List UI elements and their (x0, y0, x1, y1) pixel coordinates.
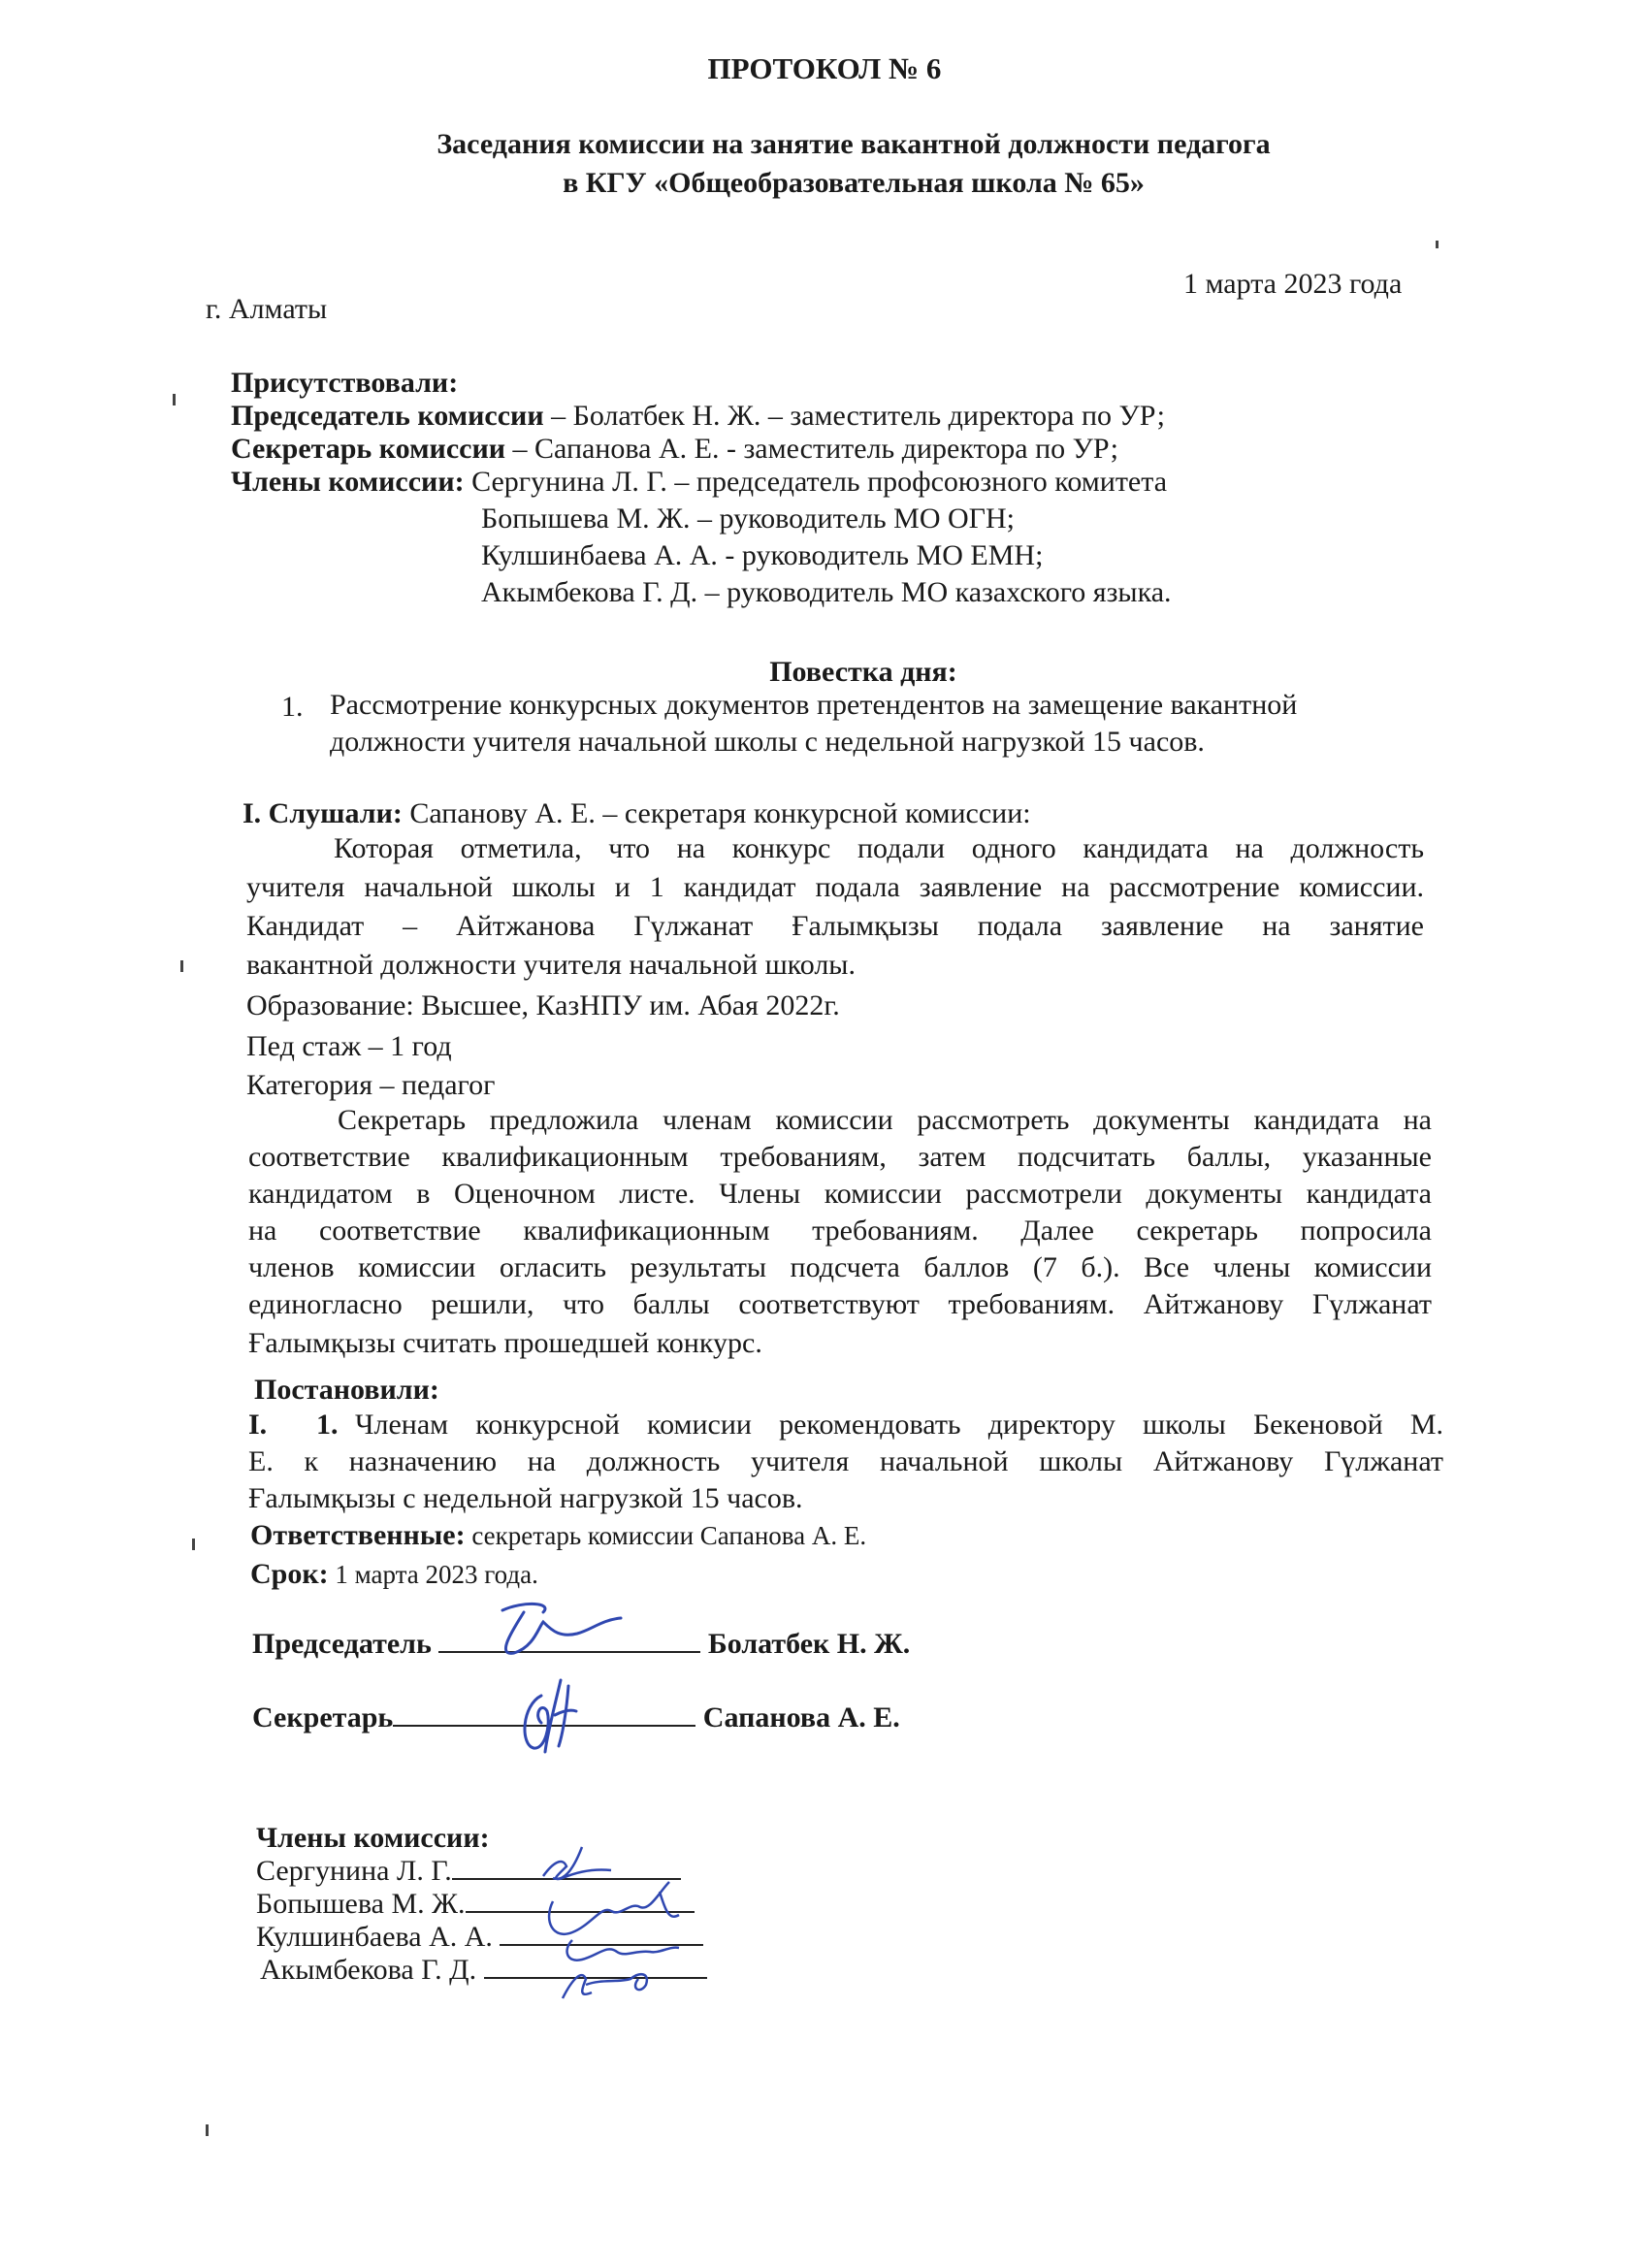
secretary-label: Секретарь комиссии (231, 433, 505, 465)
heard-line: Кандидат – Айтжанова Гүлжанат Ғалымқызы … (246, 908, 1424, 945)
chair-label: Председатель комиссии (231, 400, 544, 432)
heard-text: Сапанову А. Е. – секретаря конкурсной ко… (403, 797, 1031, 829)
secretary-text: – Сапанова А. Е. - заместитель директора… (505, 433, 1118, 465)
member-item: Сергунина Л. Г. – председатель профсоюзн… (471, 466, 1167, 498)
secretary-sign-label: Секретарь (252, 1701, 393, 1733)
agenda-item-line2: должности учителя начальной школы с неде… (330, 724, 1205, 761)
protocol-subtitle-line1: Заседания комиссии на занятие вакантной … (0, 126, 1649, 163)
deadline-text: 1 марта 2023 года. (329, 1560, 538, 1589)
secretary-signature-scribble (512, 1676, 599, 1754)
responsible-label: Ответственные: (250, 1519, 466, 1551)
discussion-line: членов комиссии огласить результаты подс… (248, 1249, 1432, 1286)
attendance-chair: Председатель комиссии – Болатбек Н. Ж. –… (231, 398, 1165, 435)
deadline-row: Срок: 1 марта 2023 года. (250, 1556, 538, 1593)
member-sign-name: Бопышева М. Ж. (256, 1888, 466, 1920)
discussion-line: единогласно решили, что баллы соответств… (248, 1286, 1432, 1323)
member-sign-name: Кулшинбаева А. А. (256, 1921, 493, 1953)
members-signatures-scribble (524, 1843, 737, 2008)
candidate-category: Категория – педагог (246, 1067, 495, 1104)
protocol-city: г. Алматы (206, 291, 327, 328)
resolved-heading: Постановили: (254, 1372, 439, 1409)
attendance-members-row: Члены комиссии: Сергунина Л. Г. – предсе… (231, 464, 1167, 501)
agenda-item-line1: Рассмотрение конкурсных документов прете… (330, 687, 1297, 724)
protocol-subtitle-line2: в КГУ «Общеобразовательная школа № 65» (0, 165, 1649, 202)
resolved-line: Ғалымқызы с недельной нагрузкой 15 часов… (248, 1480, 803, 1517)
discussion-line: соответствие квалификационным требования… (248, 1139, 1432, 1176)
protocol-date: 1 марта 2023 года (1183, 266, 1402, 303)
responsible-text: секретарь комиссии Сапанова А. Е. (466, 1521, 867, 1550)
resolved-item-number: 1. (316, 1407, 339, 1443)
attendance-heading: Присутствовали: (231, 365, 458, 402)
heard-label: I. Слушали: (242, 797, 403, 829)
member-item: Кулшинбаева А. А. - руководитель МО ЕМН; (481, 537, 1043, 574)
scan-speck (180, 960, 183, 972)
heard-line: Которая отметила, что на конкурс подали … (334, 830, 1424, 867)
responsible-row: Ответственные: секретарь комиссии Сапано… (250, 1517, 866, 1554)
resolved-line: Членам конкурсной комисии рекомендовать … (355, 1407, 1443, 1443)
heard-line: учителя начальной школы и 1 кандидат под… (246, 869, 1424, 906)
agenda-item-number: 1. (281, 689, 304, 726)
discussion-line: Секретарь предложила членам комиссии рас… (338, 1102, 1432, 1139)
resolved-line: Е. к назначению на должность учителя нач… (248, 1443, 1443, 1480)
attendance-secretary: Секретарь комиссии – Сапанова А. Е. - за… (231, 431, 1118, 468)
member-item: Акымбекова Г. Д. – руководитель МО казах… (481, 574, 1172, 611)
heard-row: I. Слушали: Сапанову А. Е. – секретаря к… (242, 795, 1031, 832)
discussion-line: на соответствие квалификационным требова… (248, 1213, 1432, 1249)
chair-signature-scribble (485, 1599, 640, 1667)
chair-sign-name: Болатбек Н. Ж. (708, 1628, 910, 1660)
discussion-line: кандидатом в Оценочном листе. Члены коми… (248, 1176, 1432, 1213)
chair-sign-label: Председатель (252, 1628, 432, 1660)
deadline-label: Срок: (250, 1558, 329, 1590)
members-label: Члены комиссии: (231, 466, 465, 498)
member-item: Бопышева М. Ж. – руководитель МО ОГН; (481, 501, 1015, 537)
candidate-experience: Пед стаж – 1 год (246, 1028, 452, 1065)
members-sign-heading: Члены комиссии: (256, 1820, 490, 1857)
scan-speck (192, 1539, 195, 1550)
scan-speck (206, 2124, 209, 2136)
heard-line: вакантной должности учителя начальной шк… (246, 947, 856, 984)
member-sign-name: Сергунина Л. Г. (256, 1855, 452, 1887)
resolved-roman: I. (248, 1407, 267, 1443)
scan-speck (173, 394, 176, 405)
candidate-education: Образование: Высшее, КазНПУ им. Абая 202… (246, 988, 840, 1024)
member-sign-name: Акымбекова Г. Д. (260, 1954, 476, 1986)
protocol-title: ПРОТОКОЛ № 6 (0, 50, 1649, 87)
discussion-line: Ғалымқызы считать прошедшей конкурс. (248, 1325, 762, 1362)
secretary-sign-name: Сапанова А. Е. (703, 1701, 900, 1733)
chair-text: – Болатбек Н. Ж. – заместитель директора… (544, 400, 1165, 432)
scan-speck (1436, 241, 1439, 248)
agenda-heading: Повестка дня: (0, 654, 1649, 691)
